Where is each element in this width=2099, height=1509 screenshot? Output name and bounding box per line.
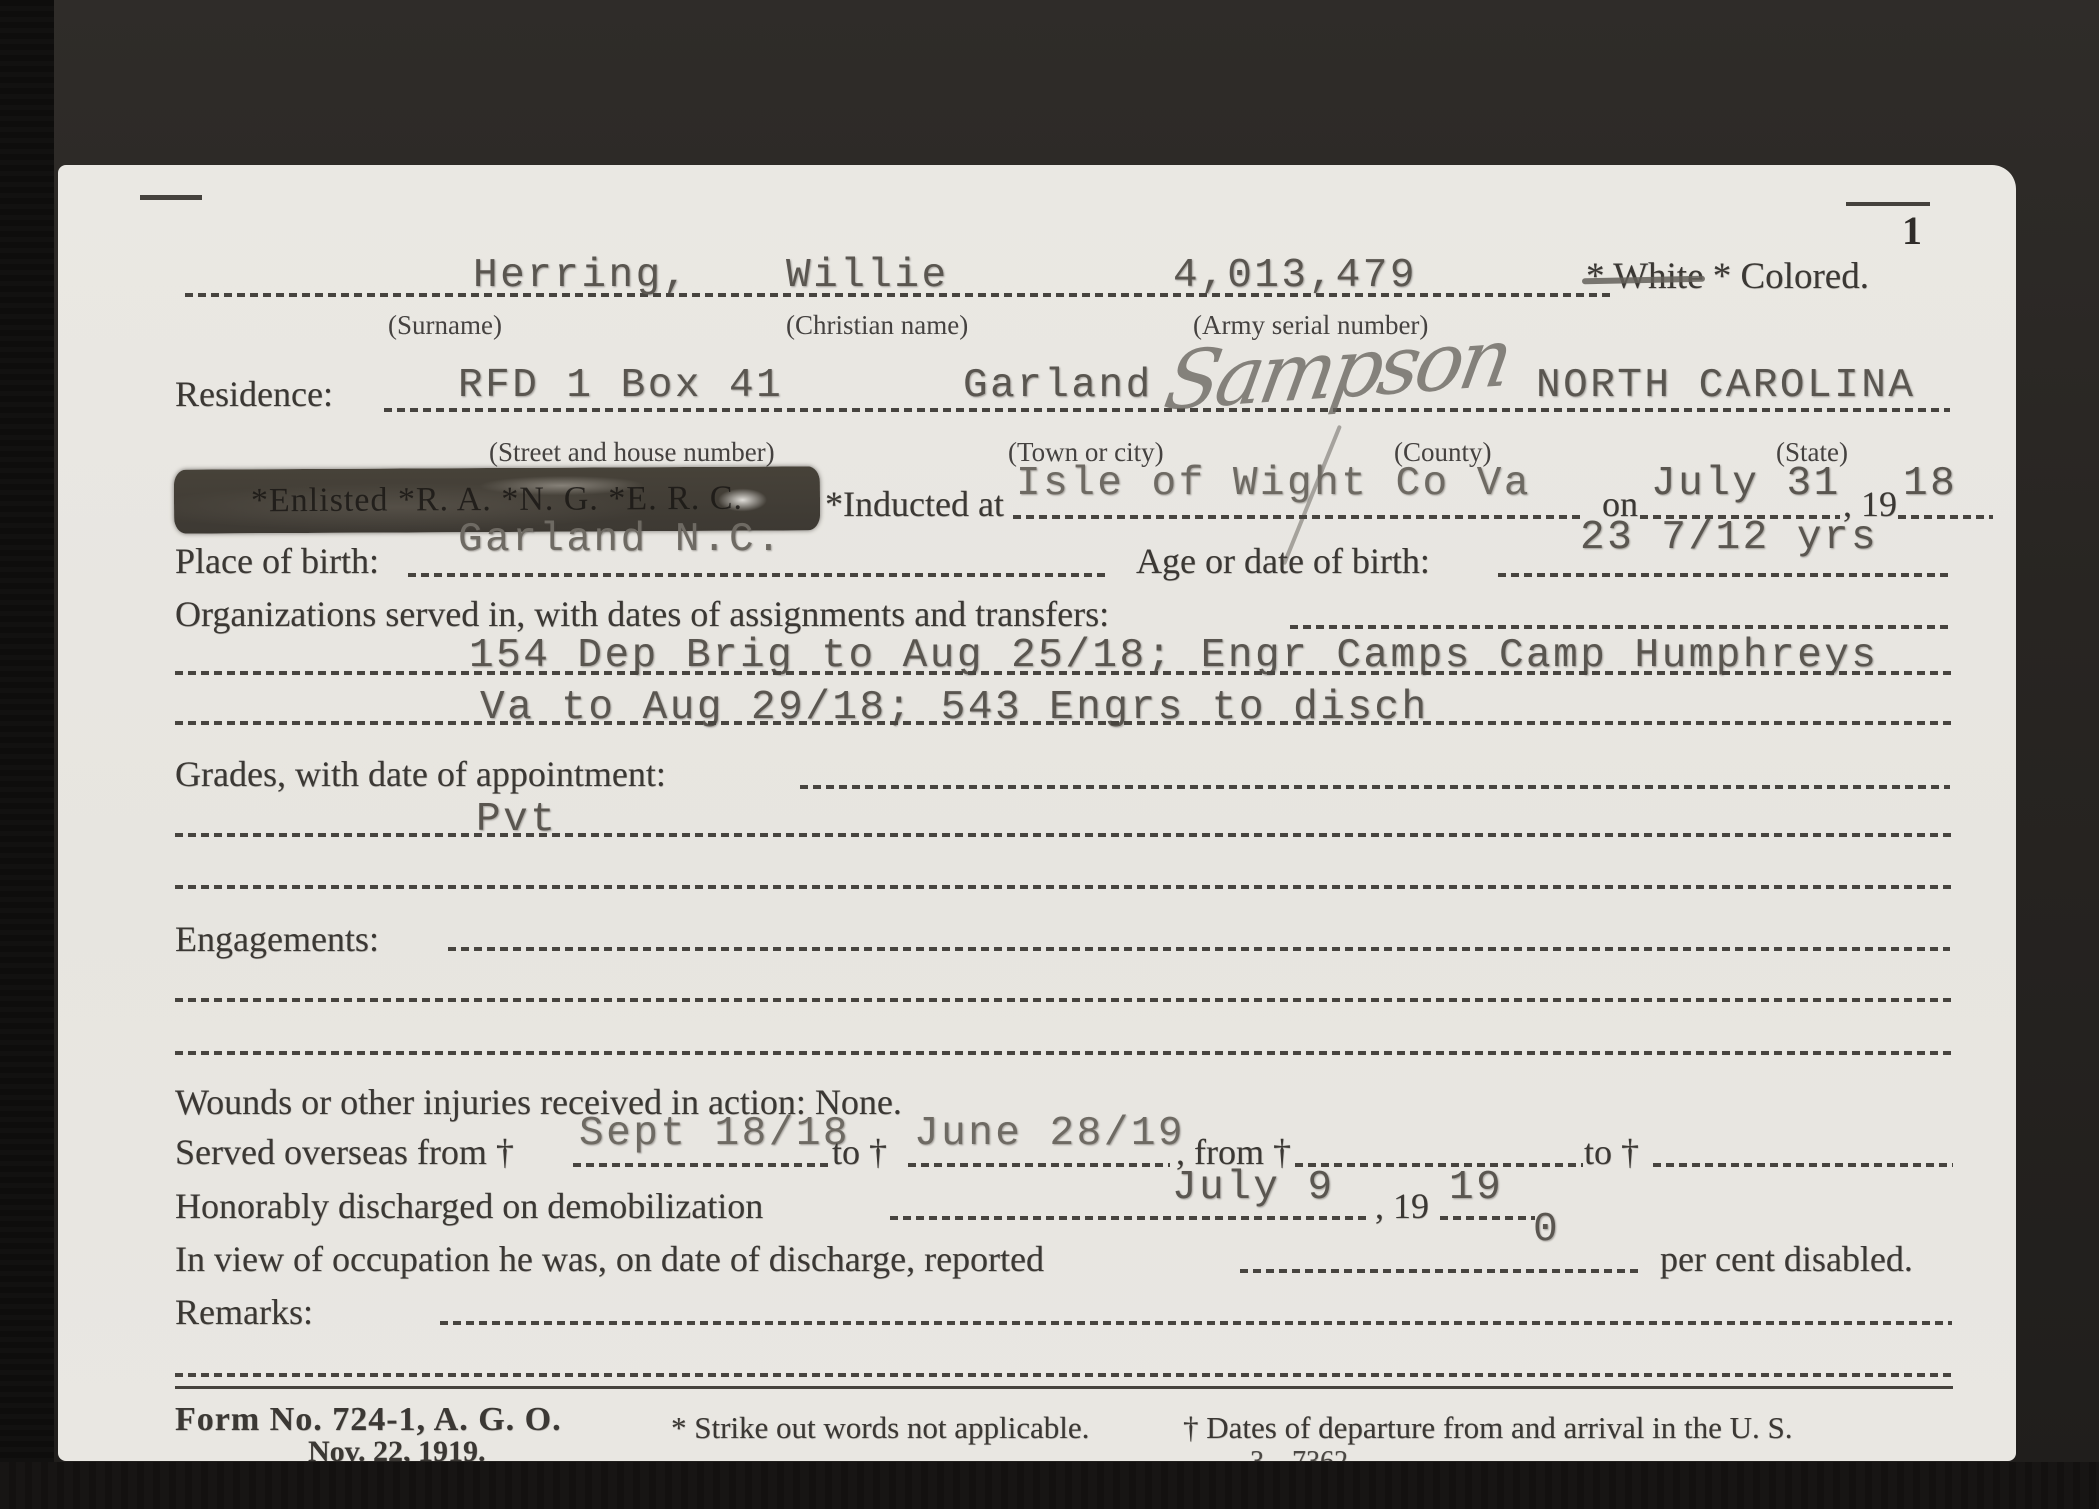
- note-strike-out: * Strike out words not applicable.: [671, 1410, 1089, 1446]
- dotted-line: [1498, 573, 1953, 577]
- dotted-line: [1240, 1269, 1642, 1273]
- disability-label: In view of occupation he was, on date of…: [175, 1238, 1044, 1280]
- disability-value: 0: [1533, 1207, 1560, 1253]
- dotted-line: [573, 1163, 833, 1167]
- dotted-line: [1295, 1163, 1583, 1167]
- dotted-line: [800, 785, 1950, 789]
- overseas-label: Served overseas from †: [175, 1131, 514, 1173]
- form-number: Form No. 724-1, A. G. O.: [175, 1401, 562, 1439]
- page-number-rule: [1846, 202, 1930, 206]
- overseas-to-label: to †: [832, 1131, 887, 1173]
- discharge-date-value: July 9: [1172, 1165, 1335, 1211]
- overseas-from1-value: Sept 18/18: [579, 1111, 850, 1157]
- scan-edge-bottom: [0, 1462, 2099, 1509]
- dotted-line: [908, 1163, 1170, 1167]
- race-white-struck: * White: [1586, 256, 1704, 297]
- dotted-line: [175, 1051, 1953, 1055]
- engagements-label: Engagements:: [175, 918, 379, 960]
- service-record-card: 1 Herring, Willie 4,013,479 * White * Co…: [58, 165, 2016, 1461]
- dotted-line: [440, 1321, 1952, 1325]
- serial-number-value: 4,013,479: [1173, 253, 1417, 299]
- dotted-line: [175, 998, 1953, 1002]
- dotted-line: [1440, 1216, 1535, 1220]
- note-dagger: † Dates of departure from and arrival in…: [1183, 1410, 1792, 1446]
- age-label: Age or date of birth:: [1136, 540, 1430, 582]
- race-colored: * Colored.: [1704, 256, 1869, 297]
- disability-suffix: per cent disabled.: [1660, 1238, 1913, 1280]
- dotted-line: [175, 1373, 1953, 1377]
- top-left-dash: [140, 195, 202, 200]
- overseas-to2-label: to †: [1584, 1131, 1639, 1173]
- footer-rule: [175, 1386, 1953, 1389]
- dotted-line: [175, 671, 1953, 675]
- surname-label: (Surname): [388, 310, 502, 341]
- dotted-line: [408, 573, 1108, 577]
- surname-value: Herring,: [473, 253, 690, 299]
- state-value: NORTH CAROLINA: [1536, 363, 1915, 409]
- residence-label: Residence:: [175, 373, 333, 415]
- town-value: Garland: [963, 363, 1153, 409]
- dotted-line: [1290, 625, 1950, 629]
- print-code: 3—7362: [1250, 1446, 1348, 1461]
- age-value: 23 7/12 yrs: [1580, 515, 1878, 561]
- discharge-year-value: 19: [1449, 1165, 1503, 1211]
- dotted-line: [1013, 515, 1581, 519]
- overseas-to1-value: June 28/19: [914, 1111, 1185, 1157]
- remarks-label: Remarks:: [175, 1291, 313, 1333]
- dotted-line: [175, 833, 1953, 837]
- street-value: RFD 1 Box 41: [458, 363, 783, 409]
- form-date: Nov. 22, 1919.: [308, 1435, 486, 1461]
- race-options: * White * Colored.: [1586, 255, 1869, 298]
- christian-name-value: Willie: [786, 253, 949, 299]
- scanned-page: 1 Herring, Willie 4,013,479 * White * Co…: [0, 0, 2099, 1509]
- dotted-line: [448, 947, 1950, 951]
- christian-name-label: (Christian name): [786, 310, 968, 341]
- dotted-line: [175, 885, 1953, 889]
- scan-edge-left: [0, 0, 54, 1509]
- dotted-line: [175, 721, 1953, 725]
- street-label: (Street and house number): [489, 437, 775, 468]
- discharge-year-prefix: , 19: [1375, 1185, 1429, 1227]
- dotted-line: [1898, 515, 1993, 519]
- induction-place-value: Isle of Wight Co Va: [1016, 461, 1531, 507]
- discharge-label: Honorably discharged on demobilization: [175, 1185, 763, 1227]
- dotted-line: [1653, 1163, 1953, 1167]
- induction-year-value: 18: [1903, 461, 1957, 507]
- place-of-birth-value: Garland N.C.: [458, 517, 783, 563]
- organizations-label: Organizations served in, with dates of a…: [175, 593, 1109, 635]
- dotted-line: [890, 1216, 1368, 1220]
- induction-date-value: July 31: [1651, 461, 1841, 507]
- grades-label: Grades, with date of appointment:: [175, 753, 666, 795]
- inducted-at-label: *Inducted at: [825, 483, 1004, 525]
- page-number: 1: [1882, 207, 1942, 254]
- place-of-birth-label: Place of birth:: [175, 540, 379, 582]
